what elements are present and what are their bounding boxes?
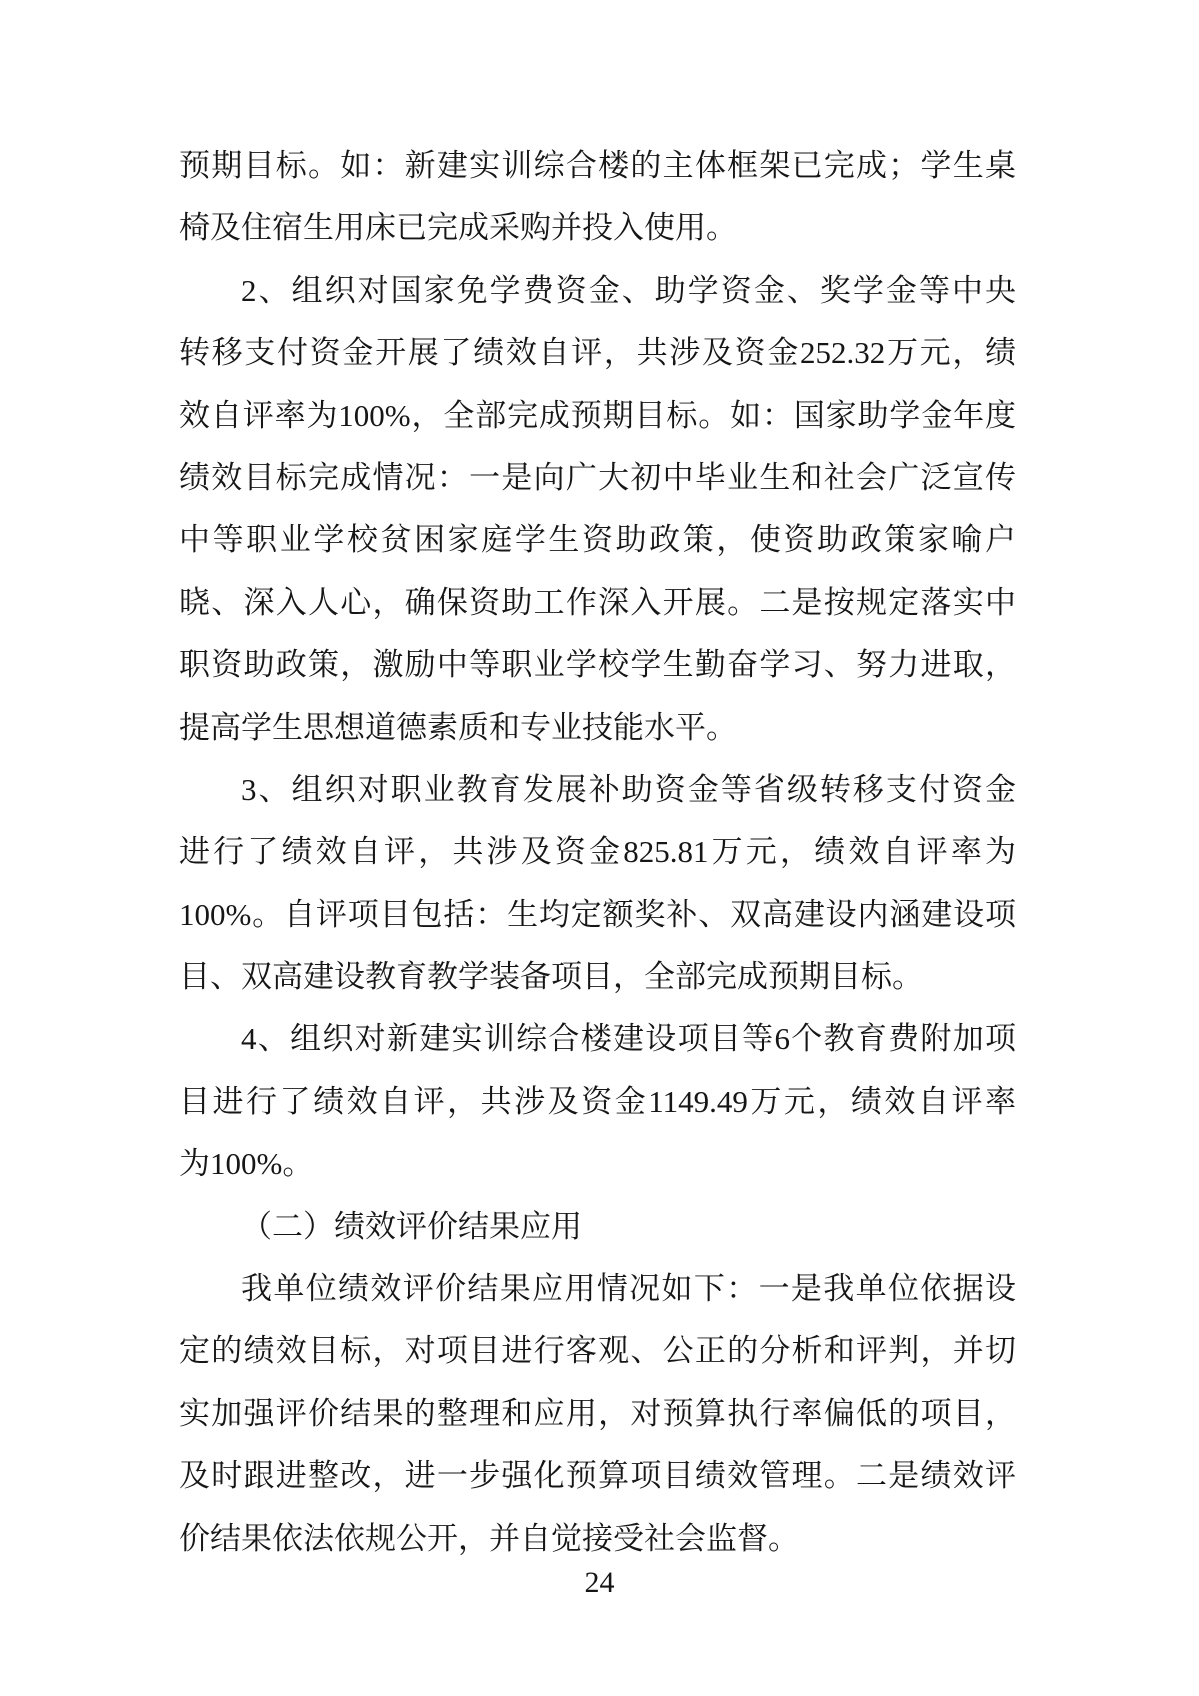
text-line: 职资助政策，激励中等职业学校学生勤奋学习、努力进取， xyxy=(179,634,1016,696)
text-line: 3、组织对职业教育发展补助资金等省级转移支付资金 xyxy=(179,759,1016,821)
text-line: 绩效目标完成情况：一是向广大初中毕业生和社会广泛宣传 xyxy=(179,447,1016,509)
text-line: 100%。自评项目包括：生均定额奖补、双高建设内涵建设项 xyxy=(179,884,1016,946)
document-page: 预期目标。如：新建实训综合楼的主体框架已完成；学生桌椅及住宿生用床已完成采购并投… xyxy=(0,0,1199,1696)
paragraph: 2、组织对国家免学费资金、助学资金、奖学金等中央转移支付资金开展了绩效自评，共涉… xyxy=(179,260,1016,759)
text-line: 椅及住宿生用床已完成采购并投入使用。 xyxy=(179,197,1016,259)
paragraph: 3、组织对职业教育发展补助资金等省级转移支付资金进行了绩效自评，共涉及资金825… xyxy=(179,759,1016,1009)
text-line: 为100%。 xyxy=(179,1133,1016,1195)
page-number: 24 xyxy=(0,1566,1199,1600)
text-line: 目、双高建设教育教学装备项目，全部完成预期目标。 xyxy=(179,946,1016,1008)
text-line: 4、组织对新建实训综合楼建设项目等6个教育费附加项 xyxy=(179,1008,1016,1070)
text-line: 2、组织对国家免学费资金、助学资金、奖学金等中央 xyxy=(179,260,1016,322)
text-line: 实加强评价结果的整理和应用，对预算执行率偏低的项目， xyxy=(179,1383,1016,1445)
text-line: 价结果依法依规公开，并自觉接受社会监督。 xyxy=(179,1508,1016,1570)
paragraph: 4、组织对新建实训综合楼建设项目等6个教育费附加项目进行了绩效自评，共涉及资金1… xyxy=(179,1008,1016,1195)
text-line: 中等职业学校贫困家庭学生资助政策，使资助政策家喻户 xyxy=(179,509,1016,571)
text-line: 进行了绩效自评，共涉及资金825.81万元，绩效自评率为 xyxy=(179,821,1016,883)
paragraph: （二）绩效评价结果应用 xyxy=(179,1196,1016,1258)
text-line: 目进行了绩效自评，共涉及资金1149.49万元，绩效自评率 xyxy=(179,1071,1016,1133)
text-block: 预期目标。如：新建实训综合楼的主体框架已完成；学生桌椅及住宿生用床已完成采购并投… xyxy=(179,135,1016,1570)
text-line: 预期目标。如：新建实训综合楼的主体框架已完成；学生桌 xyxy=(179,135,1016,197)
text-line: 及时跟进整改，进一步强化预算项目绩效管理。二是绩效评 xyxy=(179,1445,1016,1507)
paragraph: 我单位绩效评价结果应用情况如下：一是我单位依据设定的绩效目标，对项目进行客观、公… xyxy=(179,1258,1016,1570)
text-line: 我单位绩效评价结果应用情况如下：一是我单位依据设 xyxy=(179,1258,1016,1320)
text-line: （二）绩效评价结果应用 xyxy=(179,1196,1016,1258)
text-line: 转移支付资金开展了绩效自评，共涉及资金252.32万元，绩 xyxy=(179,322,1016,384)
paragraph: 预期目标。如：新建实训综合楼的主体框架已完成；学生桌椅及住宿生用床已完成采购并投… xyxy=(179,135,1016,260)
text-line: 晓、深入人心，确保资助工作深入开展。二是按规定落实中 xyxy=(179,572,1016,634)
text-line: 定的绩效目标，对项目进行客观、公正的分析和评判，并切 xyxy=(179,1320,1016,1382)
text-line: 提高学生思想道德素质和专业技能水平。 xyxy=(179,697,1016,759)
text-line: 效自评率为100%，全部完成预期目标。如：国家助学金年度 xyxy=(179,385,1016,447)
